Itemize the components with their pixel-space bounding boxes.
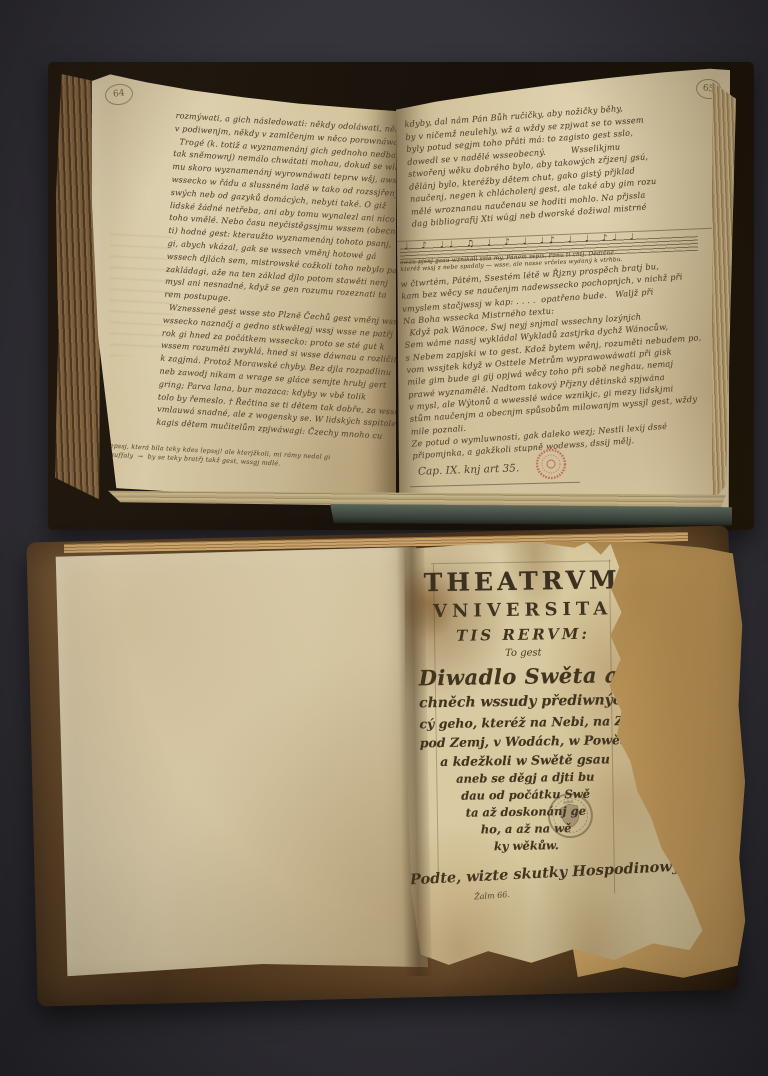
coat-of-arms-stamp-icon [544,789,598,843]
latin-title-line: VNIVERSITA [417,595,627,625]
latin-title-line: THEATRVM [417,565,627,598]
bottom-book-blank-endpaper [52,546,428,979]
czech-title-line: ky wěkůw. [421,836,631,856]
handwritten-closing-line: Podte, wizte skutky Hospodinowy [409,855,690,891]
psalm-reference: Žalm 66. [474,890,510,901]
photo-of-two-manuscripts: 64 rozmýwati, a gich následowati: někdy … [0,0,768,1076]
bottom-manuscript-book: THEATRVM VNIVERSITA TIS RERVM: To gest D… [0,0,768,1076]
czech-title-line: Diwadlo Swěta awsse [418,660,628,693]
title-text-block: THEATRVM VNIVERSITA TIS RERVM: To gest D… [417,565,631,856]
czech-title-block: Diwadlo Swěta awssechněch wssudy přediwn… [418,660,631,856]
title-frame-line [431,560,611,564]
